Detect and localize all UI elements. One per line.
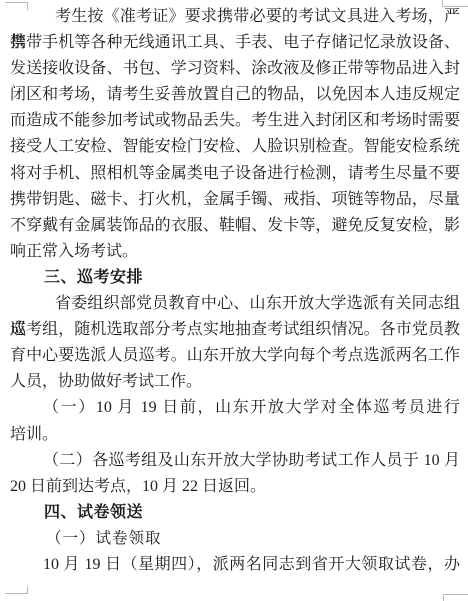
text-boundary-mark-bottom-left-horizontal [5,593,28,594]
section-heading-paper-delivery: 四、试卷领送 [10,500,460,526]
paragraph-line: 将对手机、照相机等金属类电子设备进行检测，请考生尽量不要 [10,161,460,187]
paragraph-line: 携带手机等各种无线通讯工具、手表、电子存储记忆录放设备、 [10,30,460,56]
paragraph-line: 响正常入场考试。 [10,239,460,265]
paragraph-line: 携带钥匙、磁卡、打火机，金属手镯、戒指、项链等物品，尽量 [10,187,460,213]
paragraph-line: 闭区和考场，请考生妥善放置自己的物品，以免因本人违反规定 [10,82,460,108]
document-body: 考生按《准考证》要求携带必要的考试文具进入考场，严禁 携带手机等各种无线通讯工具… [10,4,460,578]
text-boundary-mark-top-left-horizontal [5,2,28,3]
paragraph-line: 不穿戴有金属装饰品的衣服、鞋帽、发卡等，避免反复安检，影 [10,213,460,239]
paragraph-line: （二）各巡考组及山东开放大学协助考试工作人员于 10 月 [10,448,460,474]
paragraph-line: （一）10 月 19 日前，山东开放大学对全体巡考员进行 [10,395,460,421]
paragraph-line: 培训。 [10,422,460,448]
paragraph-line: 而造成不能参加考试或物品丢失。考生进入封闭区和考场时需要 [10,108,460,134]
text-boundary-mark-bottom-right-vertical [443,594,444,601]
paragraph-line: 10 月 19 日（星期四），派两名同志到省开大领取试卷，办 [10,552,460,578]
document-page: 考生按《准考证》要求携带必要的考试文具进入考场，严禁 携带手机等各种无线通讯工具… [0,0,468,601]
paragraph-line: 育中心要选派人员巡考。山东开放大学向每个考点选派两名工作 [10,343,460,369]
paragraph-line: 人员，协助做好考试工作。 [10,369,460,395]
paragraph-line: 巡考组，随机选取部分考点实地抽查考试组织情况。各市党员教 [10,317,460,343]
paragraph-line: 20 日前到达考点，10 月 22 日返回。 [10,474,460,500]
paragraph-line: 接受人工安检、智能安检门安检、人脸识别检查。智能安检系统 [10,134,460,160]
text-boundary-mark-bottom-right-horizontal [443,594,468,595]
subsection-heading-paper-pickup: （一）试卷领取 [10,526,460,552]
paragraph-line: 发送接收设备、书包、学习资料、涂改液及修正带等物品进入封 [10,56,460,82]
text-boundary-mark-bottom-left-vertical [27,586,28,594]
paragraph-line: 考生按《准考证》要求携带必要的考试文具进入考场，严禁 [10,4,460,30]
section-heading-inspection-arrangement: 三、巡考安排 [10,265,460,291]
paragraph-line: 省委组织部党员教育中心、山东开放大学选派有关同志组成 [10,291,460,317]
